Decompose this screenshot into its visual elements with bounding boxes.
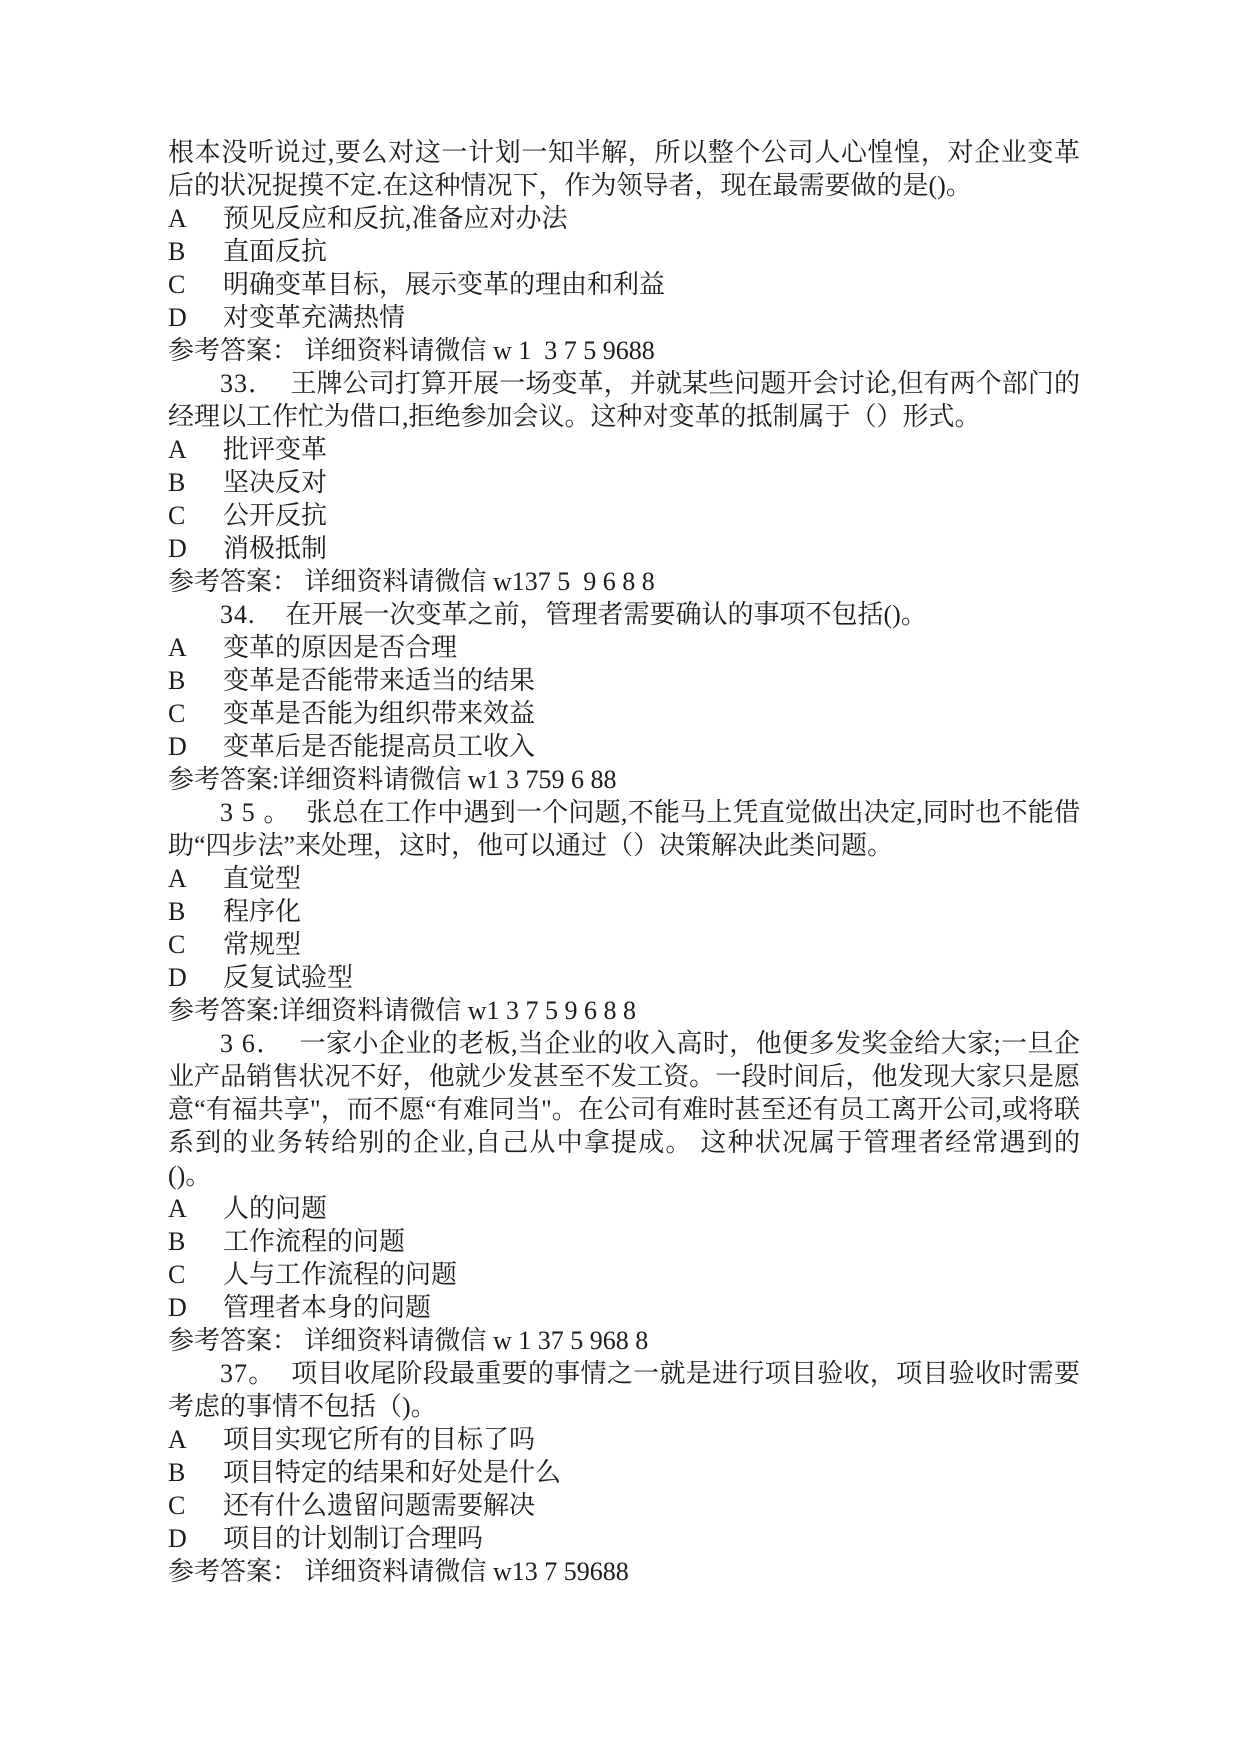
- document-page: 根本没听说过,要么对这一计划一知半解，所以整个公司人心惶惶，对企业变革后的状况捉…: [0, 0, 1241, 1754]
- question-37-number: 37。: [220, 1359, 291, 1388]
- option-text: 项目特定的结果和好处是什么: [223, 1456, 1080, 1489]
- option-label: C: [168, 928, 223, 961]
- question-35-option-d: D 反复试验型: [168, 961, 1080, 994]
- question-33-answer-line: 参考答案： 详细资料请微信 w137 5 9 6 8 8: [168, 565, 1080, 598]
- question-37-option-d: D 项目的计划制订合理吗: [168, 1522, 1080, 1555]
- question-34-answer-line: 参考答案:详细资料请微信 w1 3 759 6 88: [168, 763, 1080, 796]
- question-34: 34. 在开展一次变革之前，管理者需要确认的事项不包括()。 A 变革的原因是否…: [168, 598, 1080, 796]
- option-label: D: [168, 1291, 223, 1324]
- option-label: B: [168, 895, 223, 928]
- question-34-option-b: B 变革是否能带来适当的结果: [168, 664, 1080, 697]
- question-32: 根本没听说过,要么对这一计划一知半解，所以整个公司人心惶惶，对企业变革后的状况捉…: [168, 136, 1080, 367]
- option-text: 项目实现它所有的目标了吗: [223, 1423, 1080, 1456]
- question-34-stem-text: 在开展一次变革之前，管理者需要确认的事项不包括()。: [286, 600, 927, 629]
- question-32-option-c: C 明确变革目标，展示变革的理由和利益: [168, 268, 1080, 301]
- option-text: 变革是否能为组织带来效益: [223, 697, 1080, 730]
- option-label: B: [168, 235, 223, 268]
- option-label: C: [168, 1489, 223, 1522]
- question-33: 33． 王牌公司打算开展一场变革，并就某些问题开会讨论,但有两个部门的经理以工作…: [168, 367, 1080, 598]
- option-text: 直觉型: [223, 862, 1080, 895]
- option-label: D: [168, 730, 223, 763]
- option-text: 变革是否能带来适当的结果: [223, 664, 1080, 697]
- question-37-answer-line: 参考答案： 详细资料请微信 w13 7 59688: [168, 1555, 1080, 1588]
- question-37-option-c: C 还有什么遗留问题需要解决: [168, 1489, 1080, 1522]
- option-text: 变革后是否能提高员工收入: [223, 730, 1080, 763]
- question-36-option-b: B 工作流程的问题: [168, 1225, 1080, 1258]
- option-label: B: [168, 1225, 223, 1258]
- question-35: 3 5 。 张总在工作中遇到一个问题,不能马上凭直觉做出决定,同时也不能借助“四…: [168, 796, 1080, 1027]
- option-text: 消极抵制: [223, 532, 1080, 565]
- option-text: 反复试验型: [223, 961, 1080, 994]
- option-label: A: [168, 631, 223, 664]
- question-36-stem-text: 一家小企业的老板,当企业的收入高时，他便多发奖金给大家;一旦企业产品销售状况不好…: [168, 1029, 1080, 1190]
- question-34-number: 34.: [220, 600, 286, 629]
- question-35-option-b: B 程序化: [168, 895, 1080, 928]
- question-36-option-d: D 管理者本身的问题: [168, 1291, 1080, 1324]
- option-label: D: [168, 301, 223, 334]
- option-label: D: [168, 532, 223, 565]
- question-32-stem-text: 根本没听说过,要么对这一计划一知半解，所以整个公司人心惶惶，对企业变革后的状况捉…: [168, 138, 1080, 200]
- option-text: 还有什么遗留问题需要解决: [223, 1489, 1080, 1522]
- option-label: D: [168, 1522, 223, 1555]
- question-32-option-d: D 对变革充满热情: [168, 301, 1080, 334]
- option-text: 明确变革目标，展示变革的理由和利益: [223, 268, 1080, 301]
- option-text: 直面反抗: [223, 235, 1080, 268]
- option-text: 常规型: [223, 928, 1080, 961]
- option-text: 人的问题: [223, 1192, 1080, 1225]
- question-37-option-a: A 项目实现它所有的目标了吗: [168, 1423, 1080, 1456]
- question-35-number: 3 5 。: [220, 798, 306, 827]
- question-36-stem: 3 6． 一家小企业的老板,当企业的收入高时，他便多发奖金给大家;一旦企业产品销…: [168, 1027, 1080, 1192]
- question-33-option-a: A 批评变革: [168, 433, 1080, 466]
- question-35-answer-line: 参考答案:详细资料请微信 w1 3 7 5 9 6 8 8: [168, 994, 1080, 1027]
- option-text: 公开反抗: [223, 499, 1080, 532]
- question-36-number: 3 6．: [220, 1029, 300, 1058]
- option-label: A: [168, 862, 223, 895]
- question-37-option-b: B 项目特定的结果和好处是什么: [168, 1456, 1080, 1489]
- question-33-option-b: B 坚决反对: [168, 466, 1080, 499]
- question-32-answer-line: 参考答案： 详细资料请微信 w 1 3 7 5 9688: [168, 334, 1080, 367]
- option-text: 批评变革: [223, 433, 1080, 466]
- option-text: 管理者本身的问题: [223, 1291, 1080, 1324]
- question-37-stem-text: 项目收尾阶段最重要的事情之一就是进行项目验收，项目验收时需要考虑的事情不包括（)…: [168, 1359, 1080, 1421]
- option-text: 预见反应和反抗,准备应对办法: [223, 202, 1080, 235]
- option-label: C: [168, 1258, 223, 1291]
- question-33-option-c: C 公开反抗: [168, 499, 1080, 532]
- question-33-option-d: D 消极抵制: [168, 532, 1080, 565]
- question-34-option-c: C 变革是否能为组织带来效益: [168, 697, 1080, 730]
- question-36-option-a: A 人的问题: [168, 1192, 1080, 1225]
- option-label: C: [168, 268, 223, 301]
- question-33-number: 33．: [220, 369, 290, 398]
- question-37-stem: 37。 项目收尾阶段最重要的事情之一就是进行项目验收，项目验收时需要考虑的事情不…: [168, 1357, 1080, 1423]
- option-label: B: [168, 1456, 223, 1489]
- option-label: B: [168, 664, 223, 697]
- option-label: C: [168, 697, 223, 730]
- option-text: 对变革充满热情: [223, 301, 1080, 334]
- question-32-option-a: A 预见反应和反抗,准备应对办法: [168, 202, 1080, 235]
- option-text: 工作流程的问题: [223, 1225, 1080, 1258]
- option-text: 项目的计划制订合理吗: [223, 1522, 1080, 1555]
- question-32-option-b: B 直面反抗: [168, 235, 1080, 268]
- question-36-answer-line: 参考答案： 详细资料请微信 w 1 37 5 968 8: [168, 1324, 1080, 1357]
- question-36-option-c: C 人与工作流程的问题: [168, 1258, 1080, 1291]
- option-text: 坚决反对: [223, 466, 1080, 499]
- question-37: 37。 项目收尾阶段最重要的事情之一就是进行项目验收，项目验收时需要考虑的事情不…: [168, 1357, 1080, 1588]
- question-34-option-a: A 变革的原因是否合理: [168, 631, 1080, 664]
- question-35-stem: 3 5 。 张总在工作中遇到一个问题,不能马上凭直觉做出决定,同时也不能借助“四…: [168, 796, 1080, 862]
- exam-text-column: 根本没听说过,要么对这一计划一知半解，所以整个公司人心惶惶，对企业变革后的状况捉…: [168, 136, 1080, 1588]
- option-text: 人与工作流程的问题: [223, 1258, 1080, 1291]
- question-35-option-c: C 常规型: [168, 928, 1080, 961]
- question-34-option-d: D 变革后是否能提高员工收入: [168, 730, 1080, 763]
- question-34-stem: 34. 在开展一次变革之前，管理者需要确认的事项不包括()。: [168, 598, 1080, 631]
- question-35-option-a: A 直觉型: [168, 862, 1080, 895]
- option-label: A: [168, 202, 223, 235]
- option-label: A: [168, 1423, 223, 1456]
- question-33-stem-text: 王牌公司打算开展一场变革，并就某些问题开会讨论,但有两个部门的经理以工作忙为借口…: [168, 369, 1080, 431]
- option-text: 程序化: [223, 895, 1080, 928]
- question-33-stem: 33． 王牌公司打算开展一场变革，并就某些问题开会讨论,但有两个部门的经理以工作…: [168, 367, 1080, 433]
- option-text: 变革的原因是否合理: [223, 631, 1080, 664]
- question-36: 3 6． 一家小企业的老板,当企业的收入高时，他便多发奖金给大家;一旦企业产品销…: [168, 1027, 1080, 1357]
- question-32-stem: 根本没听说过,要么对这一计划一知半解，所以整个公司人心惶惶，对企业变革后的状况捉…: [168, 136, 1080, 202]
- option-label: A: [168, 1192, 223, 1225]
- option-label: D: [168, 961, 223, 994]
- option-label: A: [168, 433, 223, 466]
- option-label: C: [168, 499, 223, 532]
- option-label: B: [168, 466, 223, 499]
